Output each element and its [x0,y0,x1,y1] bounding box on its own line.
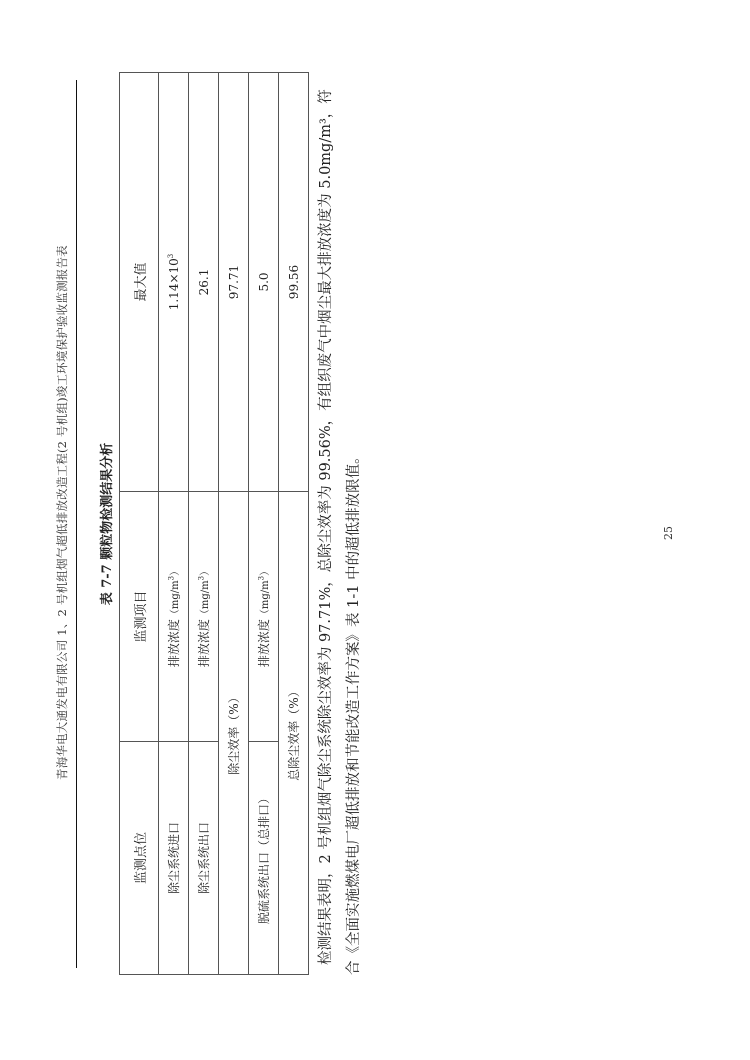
document-page: 青海华电大通发电有限公司 1、2 号机组烟气超低排放改造工程(2 号机组)竣工环… [0,0,750,1060]
report-header: 青海华电大通发电有限公司 1、2 号机组烟气超低排放改造工程(2 号机组)竣工环… [54,240,70,780]
table-row: 除尘系统进口 排放浓度（mg/m3） 1.14×103 [159,73,189,975]
cell-point: 除尘系统进口 [159,742,189,975]
cell-item: 排放浓度（mg/m3） [189,492,219,742]
page-number: 25 [662,526,675,540]
conclusion-line-1: 检测结果表明，2 号机组烟气除尘系统除尘效率为 97.71%，总除尘效率为 99… [314,45,335,965]
table-row: 脱硫系统出口（总排口） 排放浓度（mg/m3） 5.0 [249,73,279,975]
table-row: 除尘系统出口 排放浓度（mg/m3） 26.1 [189,73,219,975]
header-rule [76,80,77,968]
cell-value: 26.1 [189,73,219,492]
table-row: 总除尘效率（%） 99.56 [279,73,309,975]
cell-merged-total-efficiency: 总除尘效率（%） [279,492,309,975]
table-row: 除尘效率（%） 97.71 [219,73,249,975]
cell-point: 除尘系统出口 [189,742,219,975]
cell-merged-efficiency: 除尘效率（%） [219,492,249,975]
cell-value: 97.71 [219,73,249,492]
cell-value: 5.0 [249,73,279,492]
cell-value: 1.14×103 [159,73,189,492]
cell-item: 排放浓度（mg/m3） [159,492,189,742]
column-header-item: 监测项目 [120,492,159,742]
column-header-max: 最大值 [120,73,159,492]
conclusion-line-2: 合《全面实施燃煤电厂超低排放和节能改造工作方案》表 1-1 中的超低排放限值。 [342,55,363,975]
table-caption: 表 7-7 颗粒物检测结果分析 [96,73,115,975]
column-header-point: 监测点位 [120,742,159,975]
cell-point: 脱硫系统出口（总排口） [249,742,279,975]
cell-item: 排放浓度（mg/m3） [249,492,279,742]
cell-value: 99.56 [279,73,309,492]
table-header-row: 监测点位 监测项目 最大值 [120,73,159,975]
particulate-results-table: 监测点位 监测项目 最大值 除尘系统进口 排放浓度（mg/m3） 1.14×10… [119,72,309,975]
